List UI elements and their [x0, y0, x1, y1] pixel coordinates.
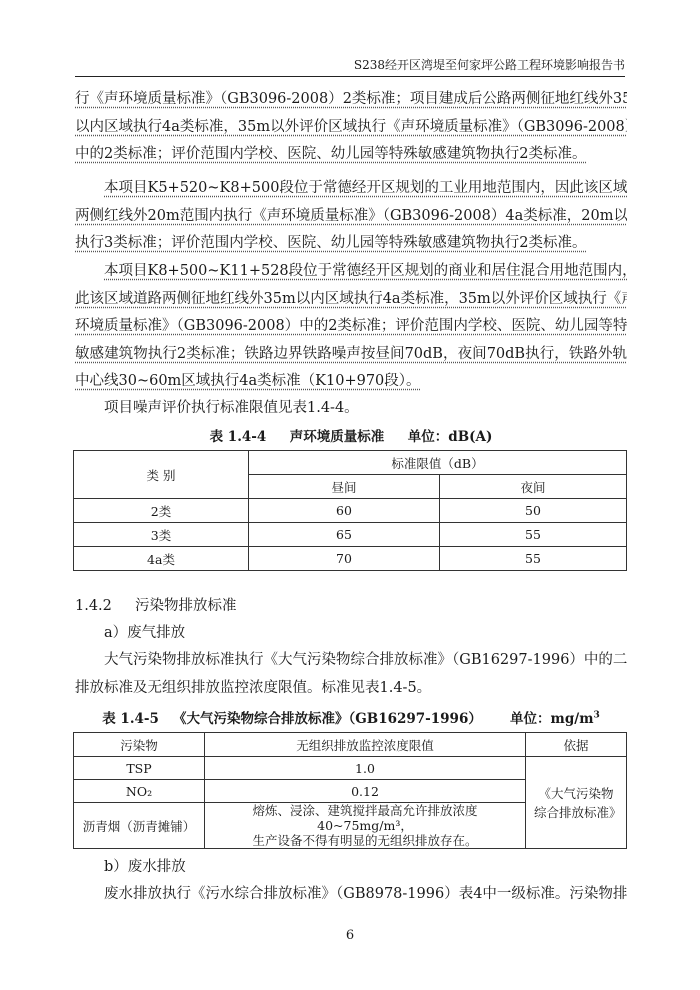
- paragraph-exhaust-gas: 大气污染物排放标准执行《大气污染物综合排放标准》（GB16297-1996）中的…: [75, 647, 627, 702]
- paragraph-k8-k11: 本项目K8+500~K11+528段位于常德经开区规划的商业和居住混合用地范围内…: [75, 258, 627, 396]
- header-basis: 依据: [526, 733, 627, 757]
- cell-pollutant: NO₂: [74, 780, 205, 803]
- cell-night: 50: [440, 499, 627, 523]
- cell-category: 2类: [74, 499, 249, 523]
- text-line: 中心线30~60m区域执行4a类标准（K10+970段）。: [75, 373, 421, 389]
- text-line: 两侧红线外20m范围内执行《声环境质量标准》（GB3096-2008）4a类标准…: [75, 208, 627, 224]
- header-night: 夜间: [440, 475, 627, 499]
- text-line: 排放标准及无组织排放监控浓度限值。标准见表1.4-5。: [75, 680, 431, 696]
- caption-superscript: 3: [594, 711, 600, 721]
- cell-day: 60: [249, 499, 440, 523]
- text-line: 敏感建筑物执行2类标准；铁路边界铁路噪声按昼间70dB，夜间70dB执行，铁路外…: [75, 346, 627, 362]
- caption-text: 表 1.4-5 《大气污染物综合排放标准》（GB16297-1996） 单位：m…: [102, 711, 593, 727]
- text-line: 此该区域道路两侧征地红线外35m以内区域执行4a类标准，35m以外评价区域执行《…: [75, 291, 627, 307]
- limit-line: 熔炼、浸涂、建筑搅拌最高允许排放浓度40~75mg/m³，: [205, 803, 525, 833]
- text-line: 项目噪声评价执行标准限值见表1.4-4。: [75, 395, 627, 423]
- cell-day: 70: [249, 547, 440, 571]
- table-1-4-5-caption: 表 1.4-5 《大气污染物综合排放标准》（GB16297-1996） 单位：m…: [75, 707, 627, 727]
- cell-limit: 熔炼、浸涂、建筑搅拌最高允许排放浓度40~75mg/m³， 生产设备不得有明显的…: [205, 803, 526, 849]
- header-category: 类 别: [74, 451, 249, 499]
- header-pollutant: 污染物: [74, 733, 205, 757]
- cell-night: 55: [440, 523, 627, 547]
- paragraph-wastewater: 废水排放执行《污水综合排放标准》（GB8978-1996）表4中一级标准。污染物…: [75, 881, 627, 909]
- cell-category: 3类: [74, 523, 249, 547]
- text-line: 大气污染物排放标准执行《大气污染物综合排放标准》（GB16297-1996）中的…: [104, 652, 627, 668]
- cell-pollutant: 沥青烟（沥青摊铺）: [74, 803, 205, 849]
- header-day: 昼间: [249, 475, 440, 499]
- subheading-exhaust-gas: a）废气排放: [104, 623, 185, 643]
- cell-day: 65: [249, 523, 440, 547]
- cell-limit: 1.0: [205, 757, 526, 780]
- paragraph-table-reference: 项目噪声评价执行标准限值见表1.4-4。: [75, 395, 627, 423]
- table-row: 3类 65 55: [74, 523, 627, 547]
- section-heading: 1.4.2 污染物排放标准: [75, 596, 236, 616]
- header-limit: 无组织排放监控浓度限值: [205, 733, 526, 757]
- text-line: 本项目K5+520~K8+500段位于常德经开区规划的工业用地范围内，因此该区域…: [104, 180, 627, 196]
- cell-basis: 《大气污染物综合排放标准》: [526, 757, 627, 849]
- table-row: 4a类 70 55: [74, 547, 627, 571]
- paragraph-k5-k8: 本项目K5+520~K8+500段位于常德经开区规划的工业用地范围内，因此该区域…: [75, 175, 627, 258]
- text-line: 环境质量标准》（GB3096-2008）中的2类标准；评价范围内学校、医院、幼儿…: [75, 318, 627, 334]
- text-line: 本项目K8+500~K11+528段位于常德经开区规划的商业和居住混合用地范围内…: [104, 263, 627, 279]
- cell-night: 55: [440, 547, 627, 571]
- paragraph-noise-standard-continued: 行《声环境质量标准》（GB3096-2008）2类标准；项目建成后公路两侧征地红…: [75, 86, 627, 169]
- text-line: 以内区域执行4a类标准，35m以外评价区域执行《声环境质量标准》（GB3096-…: [75, 119, 627, 135]
- text-line: 中的2类标准；评价范围内学校、医院、幼儿园等特殊敏感建筑物执行2类标准。: [75, 146, 586, 162]
- text-line: 执行3类标准；评价范围内学校、医院、幼儿园等特殊敏感建筑物执行2类标准。: [75, 235, 586, 251]
- table-row: 2类 60 50: [74, 499, 627, 523]
- header-standard-limit: 标准限值（dB）: [249, 451, 627, 475]
- limit-line: 生产设备不得有明显的无组织排放存在。: [205, 833, 525, 848]
- cell-limit: 0.12: [205, 780, 526, 803]
- page-number: 6: [0, 928, 700, 943]
- subheading-wastewater: b）废水排放: [104, 857, 186, 877]
- table-row: TSP 1.0 《大气污染物综合排放标准》: [74, 757, 627, 780]
- cell-category: 4a类: [74, 547, 249, 571]
- text-line: 行《声环境质量标准》（GB3096-2008）2类标准；项目建成后公路两侧征地红…: [75, 91, 627, 107]
- noise-standard-table: 类 别 标准限值（dB） 昼间 夜间 2类 60 50 3类 65 55 4a类…: [73, 450, 627, 571]
- cell-pollutant: TSP: [74, 757, 205, 780]
- text-line: 废水排放执行《污水综合排放标准》（GB8978-1996）表4中一级标准。污染物…: [104, 886, 627, 902]
- page-header: S238经开区湾堤至何家坪公路工程环境影响报告书: [75, 57, 625, 77]
- air-pollutant-table: 污染物 无组织排放监控浓度限值 依据 TSP 1.0 《大气污染物综合排放标准》…: [73, 732, 627, 849]
- table-1-4-4-caption: 表 1.4-4 声环境质量标准 单位：dB(A): [75, 425, 627, 445]
